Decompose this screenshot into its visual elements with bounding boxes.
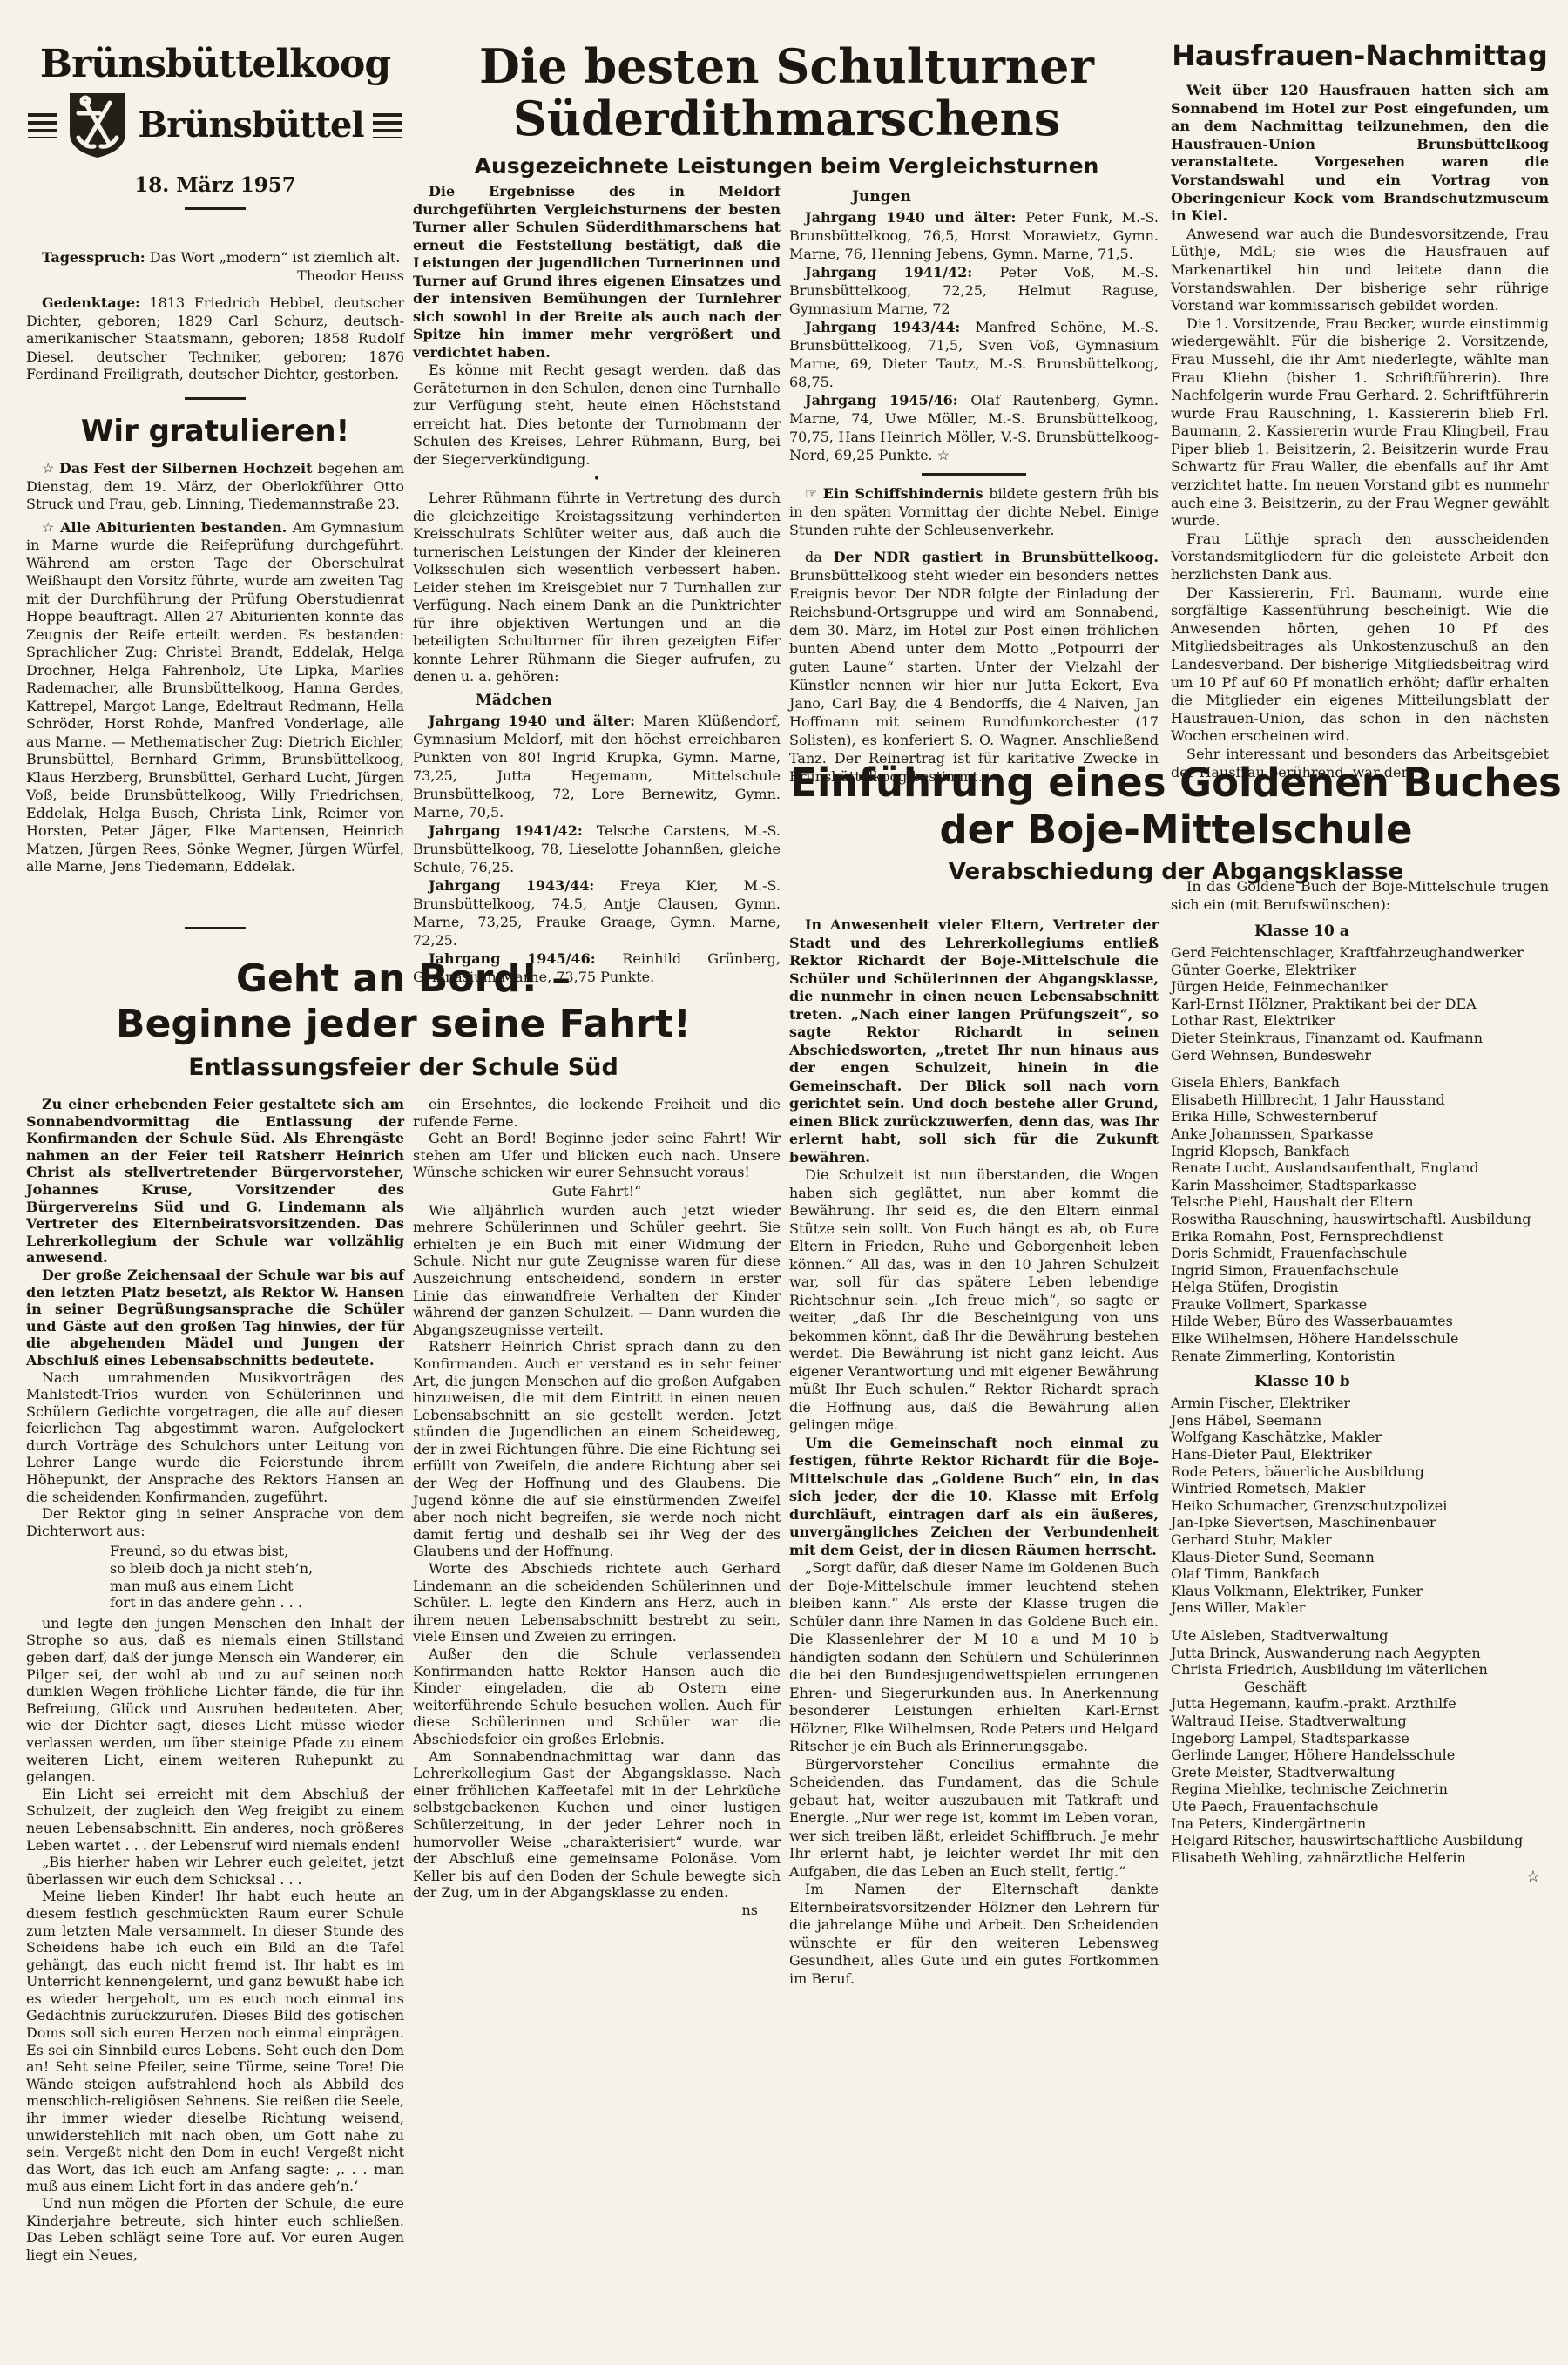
paragraph: Zu einer erhebenden Feier gestaltete sic… xyxy=(26,1096,404,1267)
bord-column-right: ein Ersehntes, die lockende Freiheit und… xyxy=(413,1096,781,1919)
register-entry: Karin Massheimer, Stadtsparkasse xyxy=(1171,1177,1549,1194)
flourish-left xyxy=(28,113,57,138)
gute-fahrt-line: Gute Fahrt!“ xyxy=(413,1183,781,1200)
goldenes-buch-headline-block: Einführung eines Goldenen Buches der Boj… xyxy=(789,760,1563,885)
register-entry: Regina Miehlke, technische Zeichnerin xyxy=(1171,1781,1549,1798)
paragraph: Meine lieben Kinder! Ihr habt euch heute… xyxy=(26,1888,404,2195)
schulturner-column-right: Jungen Jahrgang 1940 und älter: Peter Fu… xyxy=(789,183,1159,786)
tagesspruch-text: Das Wort „modern“ ist ziemlich alt. xyxy=(150,249,401,266)
register-entry: Renate Lucht, Auslandsaufenthalt, Englan… xyxy=(1171,1159,1549,1177)
schulturner-headline-line2: Süderdithmarschens xyxy=(413,92,1160,145)
newspaper-page: Brünsbüttelkoog Brünsbüttel 18. März 195… xyxy=(0,0,1568,2365)
register-entry: Christa Friedrich, Ausbildung im väterli… xyxy=(1171,1661,1549,1695)
group-gap xyxy=(1171,1617,1549,1627)
register-entry: Lothar Rast, Elektriker xyxy=(1171,1012,1549,1030)
paragraph: Der Kassiererin, Frl. Baumann, wurde ein… xyxy=(1171,584,1549,746)
item-lead: Jahrgang 1940 und älter: xyxy=(429,713,643,729)
paragraph: Ratsherr Heinrich Christ sprach dann zu … xyxy=(413,1338,781,1560)
jungen-results: Jahrgang 1940 und älter: Peter Funk, M.-… xyxy=(789,208,1159,464)
paragraph: Und nun mögen die Pforten der Schule, di… xyxy=(26,2195,404,2263)
register-entry: Heiko Schumacher, Grenzschutzpolizei xyxy=(1171,1497,1549,1515)
tagesspruch-label: Tagesspruch: xyxy=(42,249,145,266)
poem-line: so bleib doch ja nicht steh’n, xyxy=(110,1560,404,1578)
klasse-10a-girls: Gisela Ehlers, BankfachElisabeth Hillbre… xyxy=(1171,1074,1549,1364)
divider xyxy=(185,397,246,400)
register-entry: Armin Fischer, Elektriker xyxy=(1171,1395,1549,1412)
schulturner-sieger: Lehrer Rühmann führte in Vertretung des … xyxy=(413,490,781,686)
register-entry: Waltraud Heise, Stadtverwaltung xyxy=(1171,1713,1549,1730)
bord-column-left: Zu einer erhebenden Feier gestaltete sic… xyxy=(26,1096,404,2263)
goldenes-buch-headline-line1: Einführung eines Goldenen Buches xyxy=(789,760,1563,807)
register-entry: Jutta Brinck, Auswanderung nach Aegypten xyxy=(1171,1645,1549,1662)
register-entry: Hans-Dieter Paul, Elektriker xyxy=(1171,1446,1549,1463)
register-entry: Olaf Timm, Bankfach xyxy=(1171,1565,1549,1583)
result-paragraph: Jahrgang 1943/44: Manfred Schöne, M.-S. … xyxy=(789,318,1159,391)
register-entry: Winfried Rometsch, Makler xyxy=(1171,1480,1549,1497)
item-lead: Alle Abiturienten bestanden. xyxy=(60,519,293,536)
poem: Freund, so du etwas bist,so bleib doch j… xyxy=(110,1543,404,1611)
register-entry: Jürgen Heide, Feinmechaniker xyxy=(1171,978,1549,996)
schulturner-column-left: Die Ergebnisse des in Meldorf durchgefüh… xyxy=(413,183,781,986)
register-entry: Frauke Vollmert, Sparkasse xyxy=(1171,1296,1549,1314)
paragraph: Um die Gemeinschaft noch einmal zu festi… xyxy=(789,1435,1159,1560)
item-lead: Jahrgang 1945/46: xyxy=(805,392,970,409)
register-entry: Gerd Feichtenschlager, Kraftfahrzeughand… xyxy=(1171,944,1549,962)
item-marker: ☞ xyxy=(805,485,823,502)
bord-headline-line2: Beginne jeder seine Fahrt! xyxy=(26,1002,781,1047)
gedenktage: Gedenktage: 1813 Friedrich Hebbel, deuts… xyxy=(26,294,404,384)
klasse-10a-heading: Klasse 10 a xyxy=(1171,922,1549,941)
paragraph: Geht an Bord! Beginne jeder seine Fahrt!… xyxy=(413,1130,781,1181)
paragraph: Der große Zeichensaal der Schule war bis… xyxy=(26,1267,404,1369)
poem-line: man muß aus einem Licht xyxy=(110,1578,404,1595)
gedenktage-section: Gedenktage: 1813 Friedrich Hebbel, deuts… xyxy=(26,294,404,384)
paragraph: „Bis hierher haben wir Lehrer euch gelei… xyxy=(26,1854,404,1888)
hausfrauen-article: Hausfrauen-Nachmittag Weit über 120 Haus… xyxy=(1171,40,1549,781)
register-entry: Ina Peters, Kindergärtnerin xyxy=(1171,1815,1549,1833)
paragraph: Anwesend war auch die Bundesvorsitzende,… xyxy=(1171,226,1549,315)
dot-ornament: • xyxy=(413,473,781,485)
paragraph: Am Sonnabendnachmittag war dann das Lehr… xyxy=(413,1748,781,1902)
item-lead: Jahrgang 1941/42: xyxy=(429,822,597,839)
goldenes-buch-register: In das Goldene Buch der Boje-Mittelschul… xyxy=(1171,878,1549,1886)
register-entry: Elisabeth Wehling, zahnärztliche Helferi… xyxy=(1171,1849,1549,1867)
gratulieren-item: ☆ Das Fest der Silbernen Hochzeit begehe… xyxy=(26,460,404,514)
star-ornament: ☆ xyxy=(1171,1868,1549,1886)
register-entry: Erika Hille, Schwesternberuf xyxy=(1171,1108,1549,1125)
schulturner-headline-block: Die besten Schulturner Süderdithmarschen… xyxy=(413,40,1160,179)
register-entry: Helga Stüfen, Drogistin xyxy=(1171,1279,1549,1296)
item-lead: Jahrgang 1943/44: xyxy=(805,319,976,335)
gratulieren-section: Wir gratulieren! ☆ Das Fest der Silberne… xyxy=(26,415,404,882)
paragraph: Die Schulzeit ist nun überstanden, die W… xyxy=(789,1166,1159,1435)
register-entry: Jens Willer, Makler xyxy=(1171,1599,1549,1617)
paragraph: Es könne mit Recht gesagt werden, daß da… xyxy=(413,362,781,469)
paragraph: Ein Licht sei erreicht mit dem Abschluß … xyxy=(26,1786,404,1854)
register-entry: Renate Zimmerling, Kontoristin xyxy=(1171,1348,1549,1365)
paragraph: Weit über 120 Hausfrauen hatten sich am … xyxy=(1171,82,1549,226)
result-paragraph: Jahrgang 1945/46: Olaf Rautenberg, Gymn.… xyxy=(789,391,1159,464)
klasse-10b-girls: Ute Alsleben, StadtverwaltungJutta Brinc… xyxy=(1171,1627,1549,1866)
gratulieren-heading: Wir gratulieren! xyxy=(26,415,404,448)
result-paragraph: Jahrgang 1943/44: Freya Kier, M.-S. Brun… xyxy=(413,876,781,949)
bord-col1-part-a: Zu einer erhebenden Feier gestaltete sic… xyxy=(26,1096,404,1539)
item-lead: Jahrgang 1940 und älter: xyxy=(805,209,1025,226)
register-entry: Klaus Volkmann, Elektriker, Funker xyxy=(1171,1583,1549,1600)
register-entry: Anke Johannssen, Sparkasse xyxy=(1171,1125,1549,1143)
divider-container xyxy=(26,397,404,400)
news-note: da Der NDR gastiert in Brunsbüttelkoog. … xyxy=(789,548,1159,786)
paragraph: Außer den die Schule verlassenden Konfir… xyxy=(413,1645,781,1748)
register-entry: Klaus-Dieter Sund, Seemann xyxy=(1171,1549,1549,1566)
masthead-row: Brünsbüttel xyxy=(26,91,404,160)
paragraph: Bürgervorsteher Concilius ermahnte die S… xyxy=(789,1756,1159,1882)
paragraph: Die Ergebnisse des in Meldorf durchgefüh… xyxy=(413,183,781,362)
anchor-shield-emblem xyxy=(66,91,129,160)
register-entry: Ingeborg Lampel, Stadtsparkasse xyxy=(1171,1730,1549,1747)
bord-headline-block: Geht an Bord! – Beginne jeder seine Fahr… xyxy=(26,956,781,1081)
schulturner-subhead: Ausgezeichnete Leistungen beim Vergleich… xyxy=(413,153,1160,179)
klasse-10a-boys: Gerd Feichtenschlager, Kraftfahrzeughand… xyxy=(1171,944,1549,1064)
register-entry: Helgard Ritscher, hauswirtschaftliche Au… xyxy=(1171,1832,1549,1849)
poem-line: fort in das andere gehn . . . xyxy=(110,1594,404,1612)
item-marker: ☆ xyxy=(42,460,59,476)
gedenktage-label: Gedenktage: xyxy=(42,294,140,311)
gratulieren-item: ☆ Alle Abiturienten bestanden. Am Gymnas… xyxy=(26,519,404,876)
result-paragraph: Jahrgang 1941/42: Telsche Carstens, M.-S… xyxy=(413,821,781,876)
tagesspruch: Tagesspruch: Das Wort „modern“ ist zieml… xyxy=(26,249,404,267)
register-entry: Ingrid Klopsch, Bankfach xyxy=(1171,1143,1549,1160)
register-entry: Karl-Ernst Hölzner, Praktikant bei der D… xyxy=(1171,996,1549,1013)
register-entry: Jan-Ipke Sievertsen, Maschinenbauer xyxy=(1171,1514,1549,1531)
masthead: Brünsbüttelkoog Brünsbüttel 18. März 195… xyxy=(26,44,404,210)
register-entry: Grete Meister, Stadtverwaltung xyxy=(1171,1764,1549,1781)
result-paragraph: Jahrgang 1940 und älter: Maren Klüßendor… xyxy=(413,712,781,821)
item-marker: ☆ xyxy=(42,519,60,536)
item-lead: Jahrgang 1943/44: xyxy=(429,877,620,894)
paragraph: Frau Lüthje sprach den ausscheidenden Vo… xyxy=(1171,530,1549,584)
maedchen-results: Jahrgang 1940 und älter: Maren Klüßendor… xyxy=(413,712,781,986)
issue-date: 18. März 1957 xyxy=(26,174,404,197)
news-note: ☞ Ein Schiffshindernis bildete gestern f… xyxy=(789,484,1159,539)
masthead-title-line1: Brünsbüttelkoog xyxy=(26,44,404,85)
paragraph: Die 1. Vorsitzende, Frau Becker, wurde e… xyxy=(1171,315,1549,530)
register-entry: Dieter Steinkraus, Finanzamt od. Kaufman… xyxy=(1171,1030,1549,1047)
result-paragraph: Jahrgang 1941/42: Peter Voß, M.-S. Bruns… xyxy=(789,263,1159,318)
paragraph: Der Rektor ging in seiner Ansprache von … xyxy=(26,1505,404,1539)
klasse-10b-heading: Klasse 10 b xyxy=(1171,1373,1549,1391)
register-entry: Gisela Ehlers, Bankfach xyxy=(1171,1074,1549,1091)
item-lead: Ein Schiffshindernis xyxy=(823,485,990,502)
divider xyxy=(185,927,246,929)
tagesspruch-author: Theodor Heuss xyxy=(281,267,404,286)
register-entry: Hilde Weber, Büro des Wasserbauamtes xyxy=(1171,1313,1549,1330)
paragraph: Im Namen der Elternschaft dankte Elternb… xyxy=(789,1881,1159,1988)
register-entry: Günter Goerke, Elektriker xyxy=(1171,962,1549,979)
flourish-right xyxy=(373,113,402,138)
divider-container xyxy=(26,927,404,929)
register-entry: Jutta Hegemann, kaufm.-prakt. Arzthilfe xyxy=(1171,1695,1549,1713)
item-lead: Der NDR gastiert in Brunsbüttelkoog. xyxy=(834,549,1159,565)
masthead-title-line2: Brünsbüttel xyxy=(138,106,363,145)
maedchen-heading: Mädchen xyxy=(413,692,781,710)
paragraph: ein Ersehntes, die lockende Freiheit und… xyxy=(413,1096,781,1130)
local-notes: ☞ Ein Schiffshindernis bildete gestern f… xyxy=(789,484,1159,786)
register-entry: Ingrid Simon, Frauenfachschule xyxy=(1171,1262,1549,1280)
item-lead: Das Fest der Silbernen Hochzeit xyxy=(59,460,317,476)
register-entry: Elke Wilhelmsen, Höhere Handelsschule xyxy=(1171,1330,1549,1348)
register-entry: Gerlinde Langer, Höhere Handelsschule xyxy=(1171,1747,1549,1764)
paragraph: „Sorgt dafür, daß dieser Name im Goldene… xyxy=(789,1559,1159,1756)
bord-subhead: Entlassungsfeier der Schule Süd xyxy=(26,1054,781,1081)
register-entry: Elisabeth Hillbrecht, 1 Jahr Hausstand xyxy=(1171,1091,1549,1109)
goldenes-buch-report: In Anwesenheit vieler Eltern, Vertreter … xyxy=(789,916,1159,1988)
divider xyxy=(922,473,1026,476)
paragraph: Worte des Abschieds richtete auch Gerhar… xyxy=(413,1560,781,1645)
register-entry: Rode Peters, bäuerliche Ausbildung xyxy=(1171,1463,1549,1481)
goldenes-buch-headline-line2: der Boje-Mittelschule xyxy=(789,807,1563,854)
goldenes-buch-report-body: In Anwesenheit vieler Eltern, Vertreter … xyxy=(789,916,1159,1988)
register-entry: Wolfgang Kaschätzke, Makler xyxy=(1171,1429,1549,1446)
tagesspruch-section: Tagesspruch: Das Wort „modern“ ist zieml… xyxy=(26,249,404,285)
result-paragraph: Jahrgang 1940 und älter: Peter Funk, M.-… xyxy=(789,208,1159,263)
group-gap xyxy=(1171,1064,1549,1074)
schulturner-headline-line1: Die besten Schulturner xyxy=(413,40,1160,92)
paragraph: Nach umrahmenden Musikvorträgen des Mahl… xyxy=(26,1369,404,1506)
paragraph: In Anwesenheit vieler Eltern, Vertreter … xyxy=(789,916,1159,1166)
hausfrauen-body: Weit über 120 Hausfrauen hatten sich am … xyxy=(1171,82,1549,781)
register-entry: Ute Paech, Frauenfachschule xyxy=(1171,1798,1549,1815)
paragraph: Lehrer Rühmann führte in Vertretung des … xyxy=(413,490,781,686)
paragraph: Wie alljährlich wurden auch jetzt wieder… xyxy=(413,1202,781,1339)
jungen-heading: Jungen xyxy=(789,188,1159,206)
bord-headline-line1: Geht an Bord! – xyxy=(26,956,781,1002)
item-marker: da xyxy=(805,549,834,565)
bord-col2-part-a: ein Ersehntes, die lockende Freiheit und… xyxy=(413,1096,781,1181)
hausfrauen-headline: Hausfrauen-Nachmittag xyxy=(1171,40,1549,71)
register-entry: Erika Romahn, Post, Fernsprechdienst xyxy=(1171,1228,1549,1246)
register-entry: Gerhard Stuhr, Makler xyxy=(1171,1531,1549,1549)
divider xyxy=(185,207,246,210)
register-entry: Gerd Wehnsen, Bundeswehr xyxy=(1171,1047,1549,1064)
bord-col2-part-b: Wie alljährlich wurden auch jetzt wieder… xyxy=(413,1202,781,1902)
item-lead: Jahrgang 1941/42: xyxy=(805,264,1000,280)
klasse-10b-boys: Armin Fischer, ElektrikerJens Häbel, See… xyxy=(1171,1395,1549,1617)
author-signature: ns xyxy=(413,1902,781,1919)
register-entry: Roswitha Rauschning, hauswirtschaftl. Au… xyxy=(1171,1211,1549,1228)
register-intro: In das Goldene Buch der Boje-Mittelschul… xyxy=(1171,878,1549,914)
register-entry: Telsche Piehl, Haushalt der Eltern xyxy=(1171,1193,1549,1211)
schulturner-intro: Die Ergebnisse des in Meldorf durchgefüh… xyxy=(413,183,781,469)
register-entry: Jens Häbel, Seemann xyxy=(1171,1412,1549,1429)
poem-line: Freund, so du etwas bist, xyxy=(110,1543,404,1560)
gratulieren-items: ☆ Das Fest der Silbernen Hochzeit begehe… xyxy=(26,460,404,876)
bord-col1-part-b: und legte den jungen Menschen den Inhalt… xyxy=(26,1615,404,2264)
register-entry: Ute Alsleben, Stadtverwaltung xyxy=(1171,1627,1549,1645)
register-entry: Doris Schmidt, Frauenfachschule xyxy=(1171,1245,1549,1262)
paragraph: und legte den jungen Menschen den Inhalt… xyxy=(26,1615,404,1786)
